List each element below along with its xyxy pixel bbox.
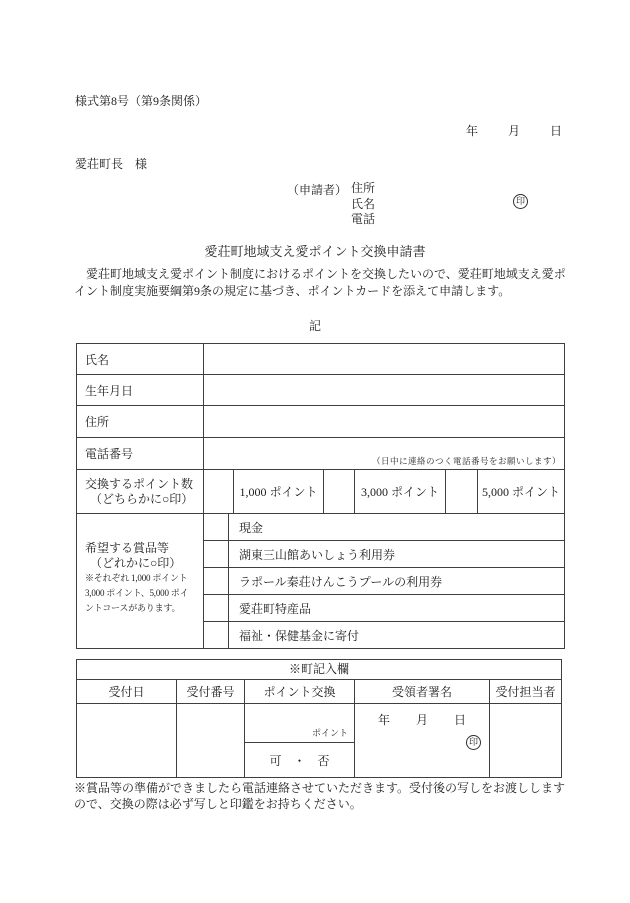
phone-input-area: （日中に連絡のつく電話番号をお願いします） (204, 438, 564, 469)
phone-note: （日中に連絡のつく電話番号をお願いします） (372, 455, 561, 467)
applicant-address-label: 住所 (351, 181, 375, 197)
month-label: 月 (416, 711, 428, 728)
office-table-header: 受付日 受付番号 ポイント交換 受領者署名 受付担当者 (77, 680, 561, 704)
footer-note-line-1: ※賞品等の準備ができましたら電話連絡させていただきます。受付後の写しをお渡ししま… (74, 780, 568, 796)
seal-label: 印 (516, 197, 525, 206)
prize-subrow-cash: 現金 (204, 514, 564, 541)
form-number: 様式第8号（第9条関係） (75, 92, 207, 109)
addressee: 愛荘町長 様 (75, 155, 147, 172)
applicant-name-label: 氏名 (351, 197, 375, 213)
prize-option-pool: ラポール秦荘けんこうプールの利用券 (229, 568, 564, 594)
body-line-1: 愛荘町地域支え愛ポイント制度におけるポイントを交換したいので、愛荘町地域支え愛ポ (74, 266, 564, 283)
day-label: 日 (454, 711, 466, 728)
point-amount-area: ポイント (245, 704, 354, 743)
points-label-line-2: （どちらかに○印） (85, 492, 203, 507)
seal-label: 印 (469, 738, 478, 747)
prize-option-specialty: 愛荘町特産品 (229, 595, 564, 621)
address-field-label: 住所 (77, 406, 204, 437)
recipient-signature-cell: 年 月 日 印 (355, 704, 490, 777)
prize-mark-cell (204, 595, 229, 621)
prize-row: 希望する賞品等 （どれかに○印） ※それぞれ 1,000 ポイント 3,000 … (77, 514, 564, 648)
header-reception-staff: 受付担当者 (490, 680, 561, 703)
day-label: 日 (550, 122, 562, 139)
prize-label-line-1: 希望する賞品等 (85, 541, 203, 556)
reception-number-cell (177, 704, 245, 777)
prize-note-line-3: ントコースがあります。 (85, 601, 203, 616)
body-paragraph: 愛荘町地域支え愛ポイント制度におけるポイントを交換したいので、愛荘町地域支え愛ポ… (74, 266, 564, 299)
point-unit-label: ポイント (312, 726, 348, 739)
applicant-block: （申請者） 住所 氏名 電話 (287, 181, 375, 228)
prize-subrow-pool: ラポール秦荘けんこうプールの利用券 (204, 568, 564, 595)
year-label: 年 (378, 711, 390, 728)
points-label-line-1: 交換するポイント数 (85, 477, 203, 492)
prize-label: 希望する賞品等 （どれかに○印） ※それぞれ 1,000 ポイント 3,000 … (77, 514, 204, 648)
seal-icon: 印 (513, 194, 528, 209)
prize-options: 現金 湖東三山館あいしょう利用券 ラポール秦荘けんこうプールの利用券 愛荘町特産… (204, 514, 564, 648)
prize-subrow-kotosanzan: 湖東三山館あいしょう利用券 (204, 541, 564, 568)
year-label: 年 (466, 122, 478, 139)
points-mark-cell-1000 (204, 470, 234, 513)
body-line-2: イント制度実施要綱第9条の規定に基づき、ポイントカードを添えて申請します。 (74, 283, 564, 300)
point-exchange-cell: ポイント 可 ・ 否 (245, 704, 355, 777)
signature-date-line: 年 月 日 (355, 704, 489, 728)
header-point-exchange: ポイント交換 (245, 680, 355, 703)
office-use-table: ※町記入欄 受付日 受付番号 ポイント交換 受領者署名 受付担当者 ポイント 可… (76, 659, 562, 778)
table-row: 電話番号 （日中に連絡のつく電話番号をお願いします） (77, 438, 564, 470)
prize-note-line-1: ※それぞれ 1,000 ポイント (85, 571, 203, 586)
month-label: 月 (508, 122, 520, 139)
prize-label-line-2: （どれかに○印） (85, 556, 203, 571)
application-table: 氏名 生年月日 住所 電話番号 （日中に連絡のつく電話番号をお願いします） 交換… (76, 343, 565, 649)
seal-icon: 印 (466, 735, 481, 750)
document-title: 愛荘町地域支え愛ポイント交換申請書 (0, 241, 630, 260)
points-option-5000: 5,000 ポイント (478, 470, 564, 513)
prize-mark-cell (204, 622, 229, 648)
prize-mark-cell (204, 568, 229, 594)
birthdate-input-area (204, 375, 564, 405)
section-mark: 記 (0, 317, 630, 334)
applicant-prefix: （申請者） (287, 181, 347, 228)
birthdate-field-label: 生年月日 (77, 375, 204, 405)
points-mark-cell-3000 (324, 470, 355, 513)
approval-decision: 可 ・ 否 (245, 743, 354, 777)
footer-note: ※賞品等の準備ができましたら電話連絡させていただきます。受付後の写しをお渡ししま… (74, 780, 568, 812)
table-row: 生年月日 (77, 375, 564, 406)
points-mark-cell-5000 (446, 470, 478, 513)
applicant-fields: 住所 氏名 電話 (351, 181, 375, 228)
footer-note-line-2: ので、交換の際は必ず写しと印鑑をお持ちください。 (74, 796, 568, 812)
points-option-1000: 1,000 ポイント (234, 470, 324, 513)
prize-option-kotosanzan: 湖東三山館あいしょう利用券 (229, 541, 564, 567)
prize-mark-cell (204, 541, 229, 567)
office-table-title: ※町記入欄 (77, 660, 561, 680)
prize-option-cash: 現金 (229, 514, 564, 540)
prize-option-donation: 福祉・保健基金に寄付 (229, 622, 564, 648)
name-input-area (204, 344, 564, 374)
reception-date-cell (77, 704, 177, 777)
table-row: 住所 (77, 406, 564, 438)
header-recipient-signature: 受領者署名 (355, 680, 490, 703)
address-input-area (204, 406, 564, 437)
table-row: 氏名 (77, 344, 564, 375)
name-field-label: 氏名 (77, 344, 204, 374)
prize-subrow-specialty: 愛荘町特産品 (204, 595, 564, 622)
points-row: 交換するポイント数 （どちらかに○印） 1,000 ポイント 3,000 ポイン… (77, 470, 564, 514)
applicant-phone-label: 電話 (351, 212, 375, 228)
header-reception-date: 受付日 (77, 680, 177, 703)
points-option-3000: 3,000 ポイント (355, 470, 446, 513)
office-table-body: ポイント 可 ・ 否 年 月 日 印 (77, 704, 561, 777)
phone-field-label: 電話番号 (77, 438, 204, 469)
prize-mark-cell (204, 514, 229, 540)
reception-staff-cell (490, 704, 561, 777)
prize-subrow-donation: 福祉・保健基金に寄付 (204, 622, 564, 648)
points-label: 交換するポイント数 （どちらかに○印） (77, 470, 204, 513)
date-line: 年 月 日 (466, 122, 562, 139)
document-page: 様式第8号（第9条関係） 年 月 日 愛荘町長 様 （申請者） 住所 氏名 電話… (0, 0, 630, 903)
prize-note-line-2: 3,000 ポイント、5,000 ポイ (85, 586, 203, 601)
header-reception-number: 受付番号 (177, 680, 245, 703)
